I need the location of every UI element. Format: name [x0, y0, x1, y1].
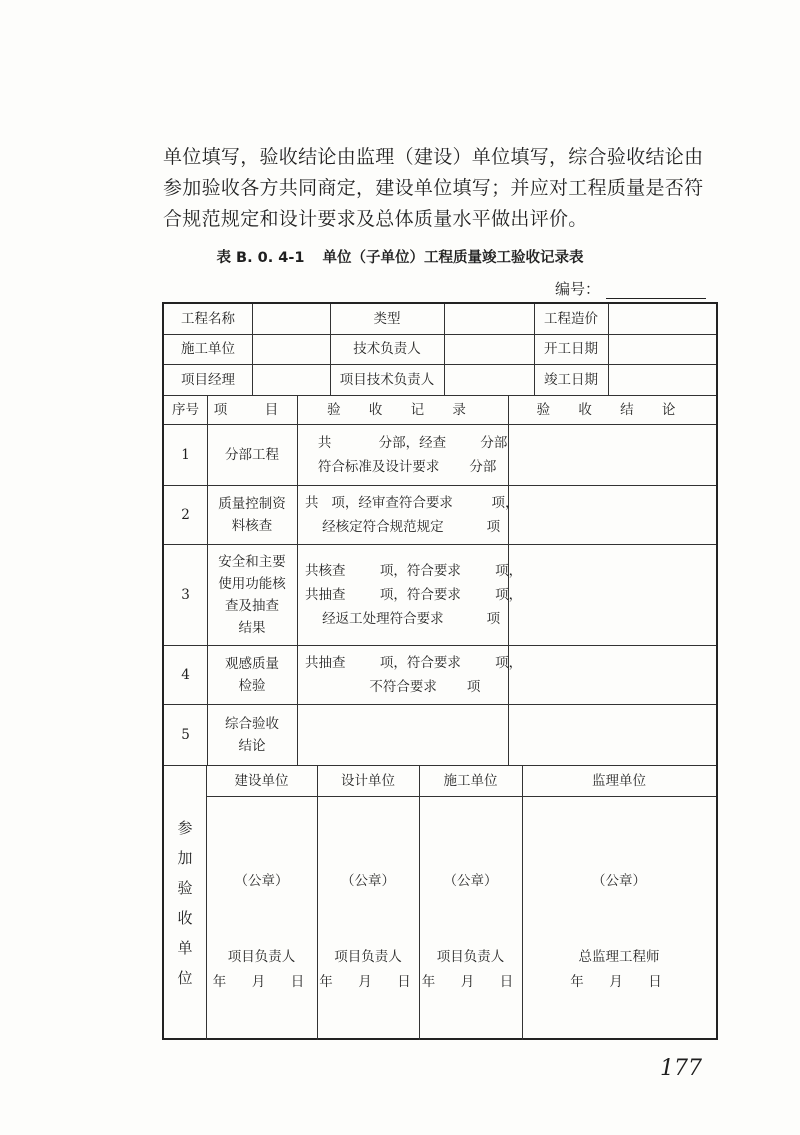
field-project-name[interactable]	[252, 304, 330, 334]
serial-number: 编号：	[555, 278, 706, 299]
item-conclusion[interactable]	[508, 485, 716, 544]
col-header-no: 序号	[164, 395, 207, 424]
col-header-record: 验 收 记 录	[297, 395, 508, 424]
divider	[317, 765, 318, 1040]
seal-placeholder: （公章）	[317, 869, 419, 893]
item-no: 4	[164, 645, 207, 704]
table-title: 单位（子单位）工程质量竣工验收记录表	[323, 250, 584, 266]
unit-name: 监理单位	[522, 765, 716, 796]
divider	[206, 765, 207, 1040]
item-name: 观感质量 检验	[207, 645, 297, 704]
field-type[interactable]	[444, 304, 534, 334]
participants-label: 参 加 验 收 单 位	[164, 765, 206, 1040]
item-record[interactable]: 共 项，经审查符合要求 项， 经核定符合规范规定 项	[297, 485, 508, 544]
table-caption: 表 B. 0. 4-1单位（子单位）工程质量竣工验收记录表	[0, 246, 800, 267]
field-construction-unit[interactable]	[252, 334, 330, 364]
divider	[419, 765, 420, 1040]
table-code: 表 B. 0. 4-1	[217, 250, 305, 266]
unit-name: 设计单位	[317, 765, 419, 796]
item-record[interactable]: 共核查 项，符合要求 项， 共抽查 项，符合要求 项， 经返工处理符合要求 项	[297, 544, 508, 645]
field-completion-date[interactable]	[608, 364, 716, 395]
label-project-cost: 工程造价	[534, 304, 608, 334]
divider	[206, 796, 716, 797]
signer-label: 项目负责人	[317, 945, 419, 969]
col-header-item: 项 目	[207, 395, 297, 424]
acceptance-record-table: 工程名称 类型 工程造价 施工单位 技术负责人 开工日期 项目经理 项目技术负责…	[162, 302, 718, 1040]
page-number: 177	[660, 1056, 702, 1081]
label-project-name: 工程名称	[164, 304, 252, 334]
date-field[interactable]: 年 月 日	[522, 970, 716, 994]
record-text: 共 分部，经查 分部 符合标准及设计要求 分部	[305, 431, 507, 479]
field-project-cost[interactable]	[608, 304, 716, 334]
signer-label: 项目负责人	[419, 945, 522, 969]
paragraph-line: 单位填写，验收结论由监理（建设）单位填写，综合验收结论由	[163, 142, 723, 173]
item-conclusion[interactable]	[508, 424, 716, 485]
field-project-manager[interactable]	[252, 364, 330, 395]
col-header-conclusion: 验 收 结 论	[508, 395, 716, 424]
date-field[interactable]: 年 月 日	[317, 970, 419, 994]
label-type: 类型	[330, 304, 444, 334]
field-start-date[interactable]	[608, 334, 716, 364]
date-field[interactable]: 年 月 日	[206, 970, 317, 994]
label-project-manager: 项目经理	[164, 364, 252, 395]
item-name: 分部工程	[207, 424, 297, 485]
record-text: 共 项，经审查符合要求 项， 经核定符合规范规定 项	[305, 491, 519, 539]
item-record[interactable]: 共 分部，经查 分部 符合标准及设计要求 分部	[297, 424, 508, 485]
date-field[interactable]: 年 月 日	[419, 970, 522, 994]
item-conclusion[interactable]	[508, 544, 716, 645]
label-project-technical-lead: 项目技术负责人	[330, 364, 444, 395]
record-text: 共抽查 项，符合要求 项， 不符合要求 项	[305, 651, 522, 699]
item-record[interactable]: 共抽查 项，符合要求 项， 不符合要求 项	[297, 645, 508, 704]
item-record[interactable]	[297, 704, 508, 765]
seal-placeholder: （公章）	[419, 869, 522, 893]
serial-label: 编号：	[555, 280, 600, 298]
item-no: 2	[164, 485, 207, 544]
item-conclusion[interactable]	[508, 645, 716, 704]
seal-placeholder: （公章）	[522, 869, 716, 893]
item-name: 安全和主要 使用功能核 查及抽查 结果	[207, 544, 297, 645]
label-start-date: 开工日期	[534, 334, 608, 364]
paragraph-line: 合规范规定和设计要求及总体质量水平做出评价。	[163, 204, 723, 235]
signer-label: 总监理工程师	[522, 945, 716, 969]
field-project-technical-lead[interactable]	[444, 364, 534, 395]
item-no: 3	[164, 544, 207, 645]
intro-paragraph: 单位填写，验收结论由监理（建设）单位填写，综合验收结论由 参加验收各方共同商定，…	[163, 142, 723, 235]
label-completion-date: 竣工日期	[534, 364, 608, 395]
item-name: 综合验收 结论	[207, 704, 297, 765]
field-technical-lead[interactable]	[444, 334, 534, 364]
paragraph-line: 参加验收各方共同商定，建设单位填写；并应对工程质量是否符	[163, 173, 723, 204]
divider	[522, 765, 523, 1040]
item-name: 质量控制资 料核查	[207, 485, 297, 544]
serial-field[interactable]	[606, 284, 706, 299]
unit-name: 建设单位	[206, 765, 317, 796]
item-no: 1	[164, 424, 207, 485]
label-construction-unit: 施工单位	[164, 334, 252, 364]
label-technical-lead: 技术负责人	[330, 334, 444, 364]
unit-name: 施工单位	[419, 765, 522, 796]
item-no: 5	[164, 704, 207, 765]
item-conclusion[interactable]	[508, 704, 716, 765]
seal-placeholder: （公章）	[206, 869, 317, 893]
signer-label: 项目负责人	[206, 945, 317, 969]
record-text: 共核查 项，符合要求 项， 共抽查 项，符合要求 项， 经返工处理符合要求 项	[305, 559, 522, 631]
